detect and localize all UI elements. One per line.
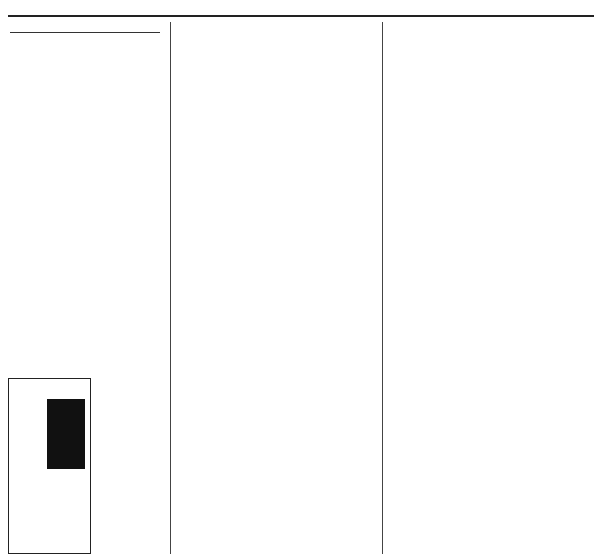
column-divider (170, 22, 171, 554)
column-divider (382, 22, 383, 554)
masthead (0, 3, 600, 15)
masthead-rule (8, 15, 594, 17)
divry-books-ad[interactable] (8, 378, 91, 554)
book-1-desc (12, 413, 44, 473)
sports-article-tail (9, 365, 167, 377)
sports-article-col-1 (9, 72, 87, 362)
sports-article-col-2 (91, 72, 167, 372)
kicker-rule (10, 32, 160, 33)
book-1-cover (47, 399, 85, 469)
